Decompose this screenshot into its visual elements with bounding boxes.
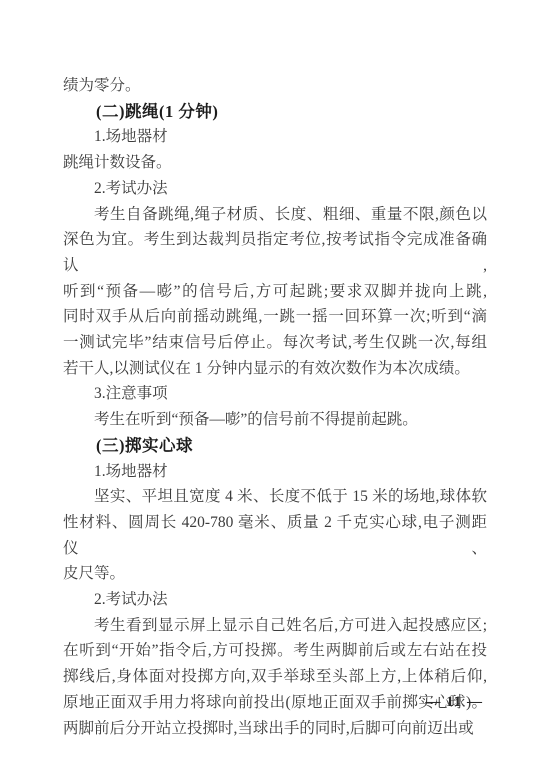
document-page: 绩为零分。(二)跳绳(1 分钟)1.场地器材跳绳计数设备。2.考试办法考生自备跳…	[0, 0, 549, 776]
text-line: 皮尺等。	[63, 561, 487, 587]
text-line: 同时双手从后向前摇动跳绳,一跳一摇一回环算一次;听到“滴	[63, 304, 487, 330]
paragraph: 考生在听到“预备—嘭”的信号前不得提前起跳。	[63, 407, 487, 433]
text-line: 原地正面双手用力将球向前投出(原地正面双手前掷实心球)。	[63, 690, 487, 716]
text-line: 2.考试办法	[63, 587, 487, 613]
paragraph: 坚实、平坦且宽度 4 米、长度不低于 15 米的场地,球体软性材料、圆周长 42…	[63, 484, 487, 587]
text-line: 1.场地器材	[63, 459, 487, 485]
section-heading: (二)跳绳(1 分钟)	[63, 99, 487, 125]
text-line: 绩为零分。	[63, 73, 487, 99]
paragraph: 考生自备跳绳,绳子材质、长度、粗细、重量不限,颜色以深色为宜。考生到达裁判员指定…	[63, 202, 487, 382]
text-line: 坚实、平坦且宽度 4 米、长度不低于 15 米的场地,球体软	[63, 484, 487, 510]
text-line: 跳绳计数设备。	[63, 150, 487, 176]
text-line: (二)跳绳(1 分钟)	[63, 99, 487, 125]
text-line: 3.注意事项	[63, 381, 487, 407]
text-line: 1.场地器材	[63, 124, 487, 150]
text-line: 听到“预备—嘭”的信号后,方可起跳;要求双脚并拢向上跳,	[63, 279, 487, 305]
document-body: 绩为零分。(二)跳绳(1 分钟)1.场地器材跳绳计数设备。2.考试办法考生自备跳…	[63, 73, 487, 741]
text-line: 掷线后,身体面对投掷方向,双手举球至头部上方,上体稍后仰,	[63, 664, 487, 690]
text-line: 考生自备跳绳,绳子材质、长度、粗细、重量不限,颜色以	[63, 202, 487, 228]
page-number: — 11 —	[425, 694, 483, 710]
text-line: 在听到“开始”指令后,方可投掷。考生两脚前后或左右站在投	[63, 638, 487, 664]
text-line: 考生看到显示屏上显示自己姓名后,方可进入起投感应区;	[63, 613, 487, 639]
paragraph: 1.场地器材	[63, 124, 487, 150]
text-line: 考生在听到“预备—嘭”的信号前不得提前起跳。	[63, 407, 487, 433]
text-line: (三)掷实心球	[63, 433, 487, 459]
paragraph: 3.注意事项	[63, 381, 487, 407]
text-line: 性材料、圆周长 420-780 毫米、质量 2 千克实心球,电子测距仪、	[63, 510, 487, 561]
section-heading: (三)掷实心球	[63, 433, 487, 459]
paragraph: 2.考试办法	[63, 176, 487, 202]
paragraph: 考生看到显示屏上显示自己姓名后,方可进入起投感应区;在听到“开始”指令后,方可投…	[63, 613, 487, 742]
page-footer: — 11 —	[425, 694, 483, 711]
paragraph: 2.考试办法	[63, 587, 487, 613]
text-line: 两脚前后分开站立投掷时,当球出手的同时,后脚可向前迈出或	[63, 716, 487, 742]
paragraph: 1.场地器材	[63, 459, 487, 485]
text-line: 一测试完毕”结束信号后停止。每次考试,考生仅跳一次,每组	[63, 330, 487, 356]
paragraph: 绩为零分。	[63, 73, 487, 99]
text-line: 深色为宜。考生到达裁判员指定考位,按考试指令完成准备确认,	[63, 227, 487, 278]
paragraph: 跳绳计数设备。	[63, 150, 487, 176]
text-line: 2.考试办法	[63, 176, 487, 202]
text-line: 若干人,以测试仪在 1 分钟内显示的有效次数作为本次成绩。	[63, 356, 487, 382]
